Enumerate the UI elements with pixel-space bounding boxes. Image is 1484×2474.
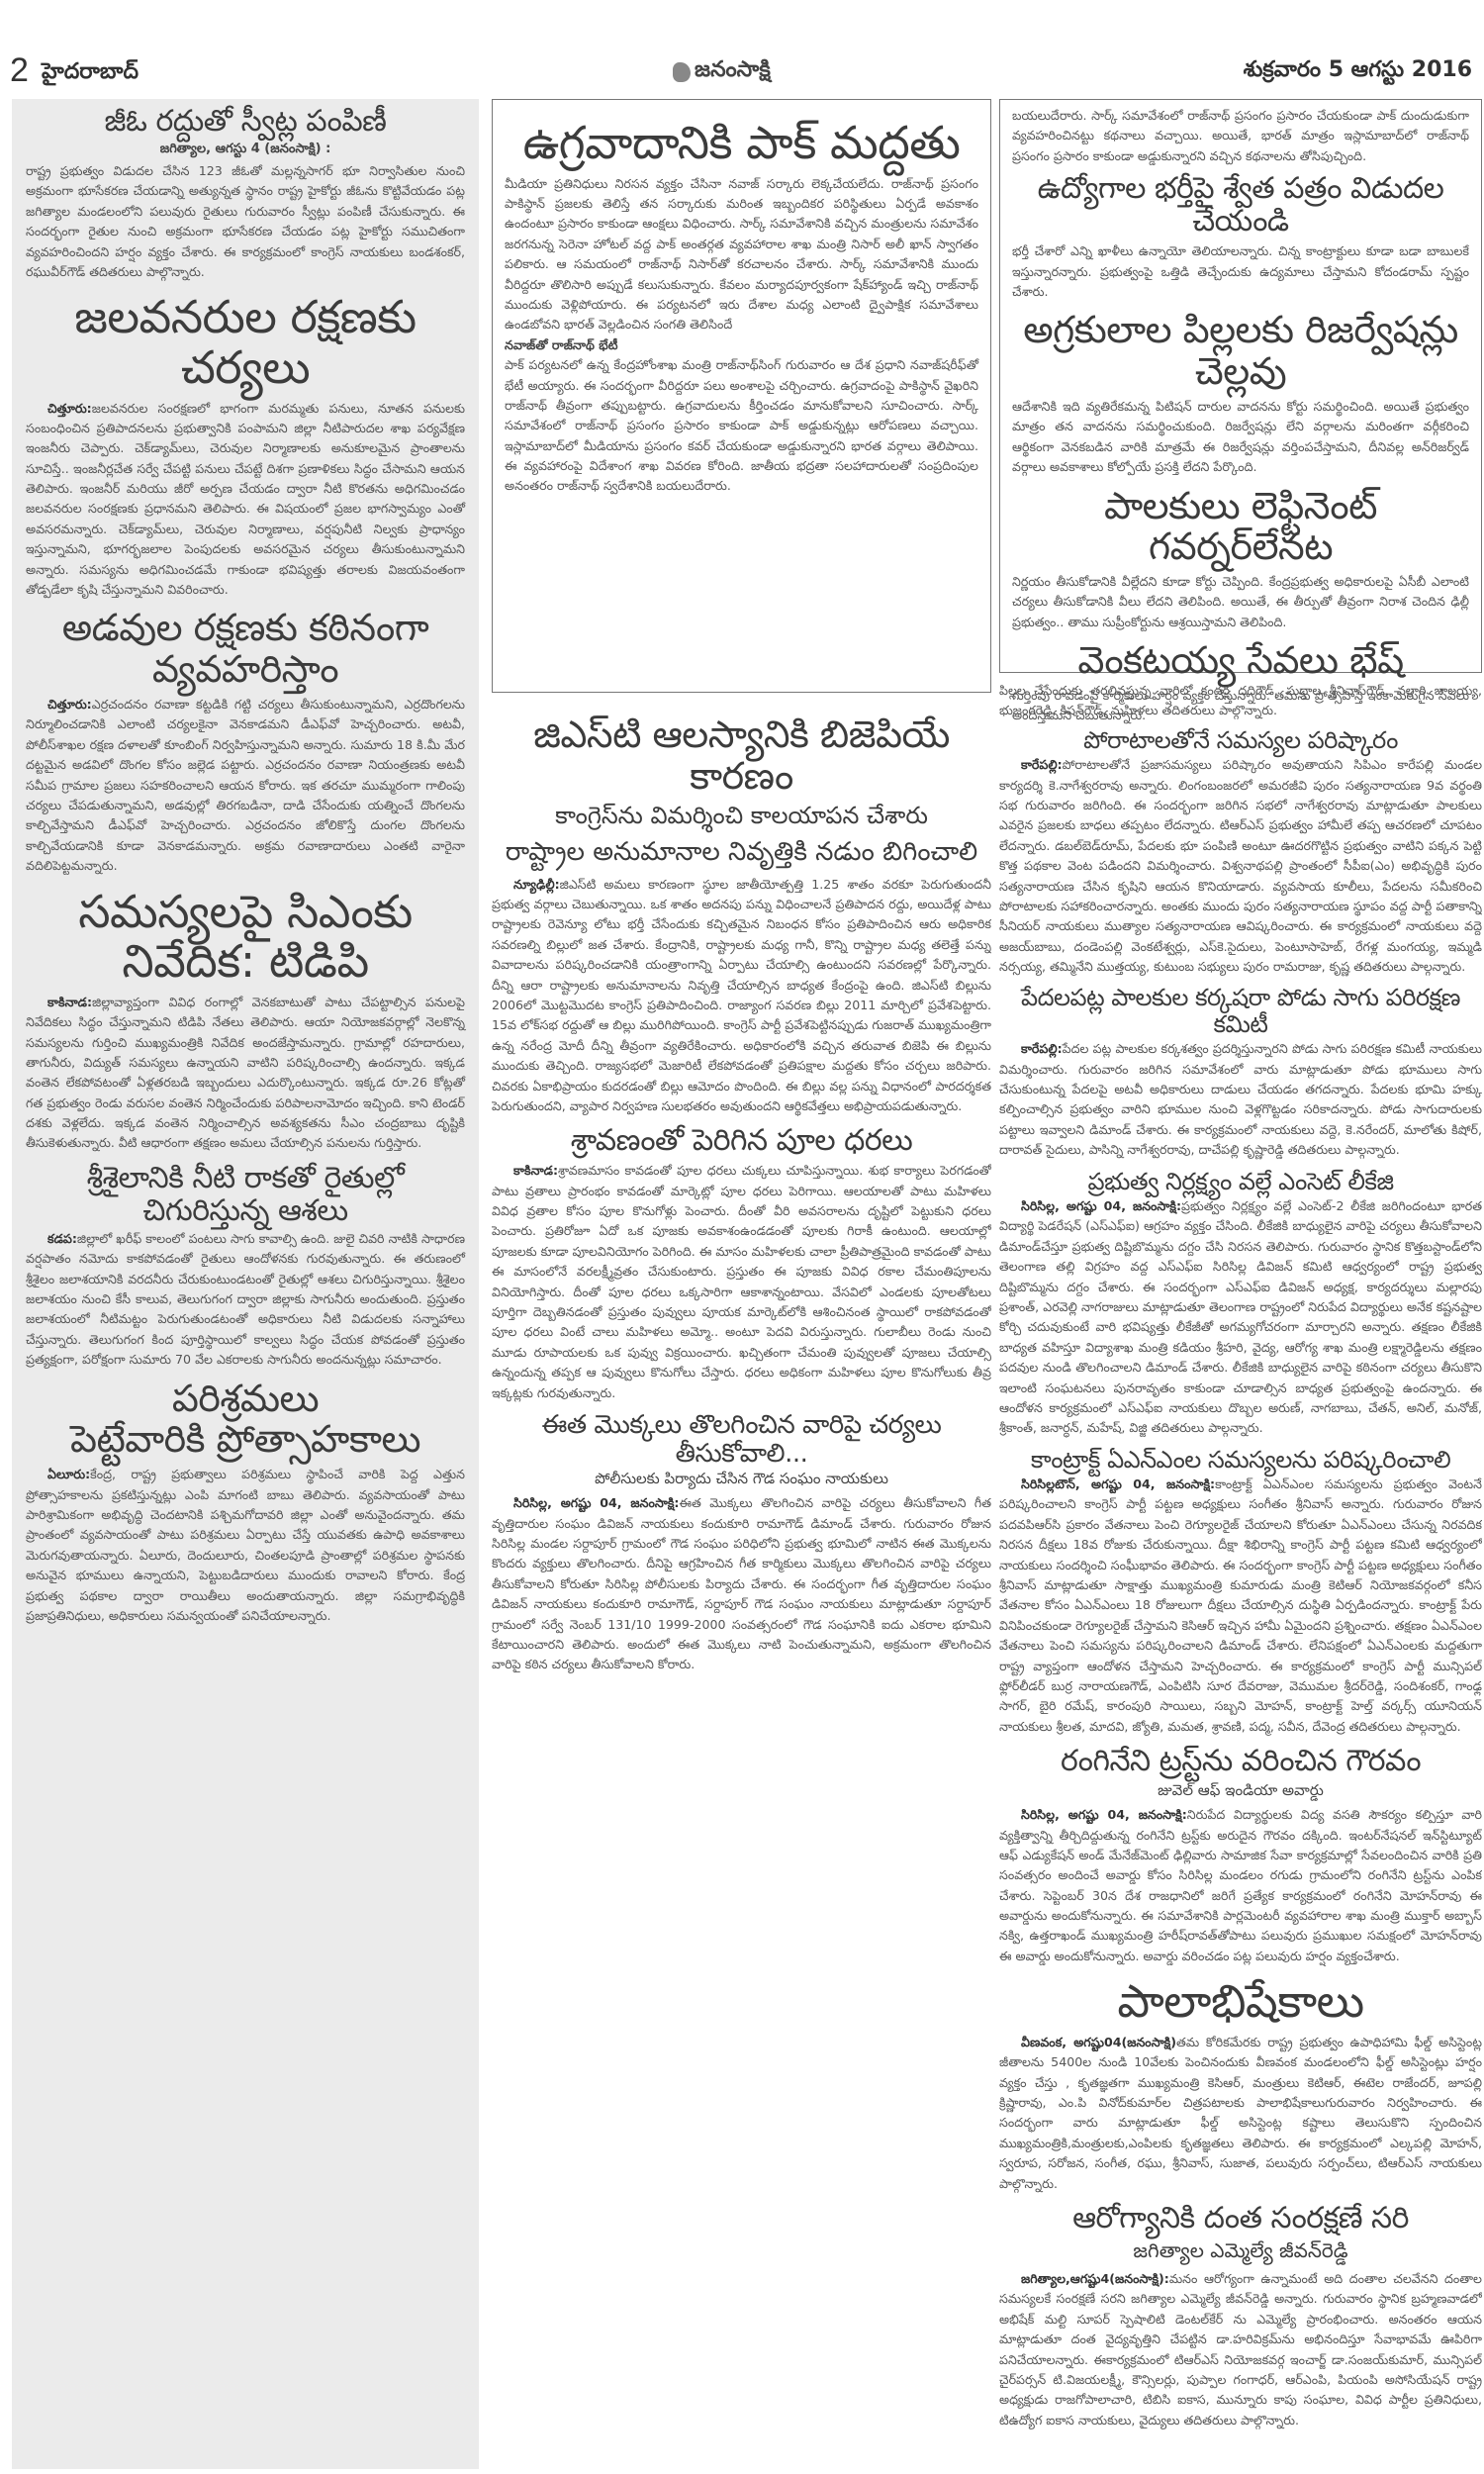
article-headline: ప్రభుత్వ నిర్లక్ష్యం వల్లే ఎంసెట్ లీకేజి (999, 1169, 1482, 1194)
article-subhead: రాష్ట్రాల అనుమానాల నివృత్తికి నడుం బిగిం… (492, 837, 991, 873)
article-subhead: జువెల్ ఆఫ్ ఇండియా అవార్డు (999, 1781, 1482, 1803)
article-headline: జలవనరుల రక్షణకు చర్యలు (26, 292, 465, 392)
brief-headline: ఉద్యోగాల భర్తీపై శ్వేత పత్రం విడుదల చేయం… (1012, 172, 1469, 238)
article-headline: ఉగ్రవాదానికి పాక్ మద్దతు (505, 118, 978, 168)
article-subhead: జగిత్యాల ఎమ్మెల్యే జీవన్‌రెడ్డి (999, 2238, 1482, 2267)
center-column: ఉగ్రవాదానికి పాక్ మద్దతు మీడియా ప్రతినిధ… (492, 99, 991, 2469)
article-body: చిత్తూరు:ఎర్రచందనం రవాణా కట్టడికి గట్టి … (26, 695, 465, 877)
article-water-resources: జలవనరుల రక్షణకు చర్యలు చిత్తూరు:జలవనరుల … (26, 292, 465, 600)
article-headline: అడవుల రక్షణకు కఠినంగా వ్యవహరిస్తాం (26, 608, 465, 691)
brief-body: బయలుదేరారు. సార్క్ సమావేశంలో రాజ్‌నాథ్ ప… (1012, 106, 1469, 166)
article-body: కడప:జిల్లాలో ఖరీఫ్ కాలంలో పంటలు సాగు కావ… (26, 1229, 465, 1371)
article-headline: జీఓ రద్దుతో స్వీట్ల పంపిణీ (26, 105, 465, 138)
article-lead: చిత్తూరు: (47, 401, 92, 416)
article-lead: సిరిసిల్ల, అగష్టు 04, జనంసాక్షి: (1021, 1198, 1181, 1213)
article-subhead: పోలీసులకు పిర్యాదు చేసిన గౌడ సంఘం నాయకుల… (492, 1470, 991, 1491)
article-body: మీడియా ప్రతినిధులు నిరసన వ్యక్తం చేసినా … (505, 174, 978, 335)
article-body-continued: పాక్ పర్యటనలో ఉన్న కేంద్రహోంశాఖ మంత్రి ర… (505, 355, 978, 497)
article-headline: సమస్యలపై సిఎంకు నివేదిక: టిడిపి (26, 887, 465, 987)
article-lead: న్యూఢిల్లీ: (513, 877, 560, 892)
article-lead: సిరిసిల్ల, అగష్టు 04, జనంసాక్షి: (1021, 1807, 1187, 1822)
article-lead: సిరిసిల్ల, అగష్టు 04, జనంసాక్షి: (513, 1495, 679, 1510)
article-body: కారేపల్లి:పేదల పట్ల పాలకుల కర్కశత్వం ప్ర… (999, 1039, 1482, 1160)
article-body: సిరిసిల్ల, అగష్టు 04, జనంసాక్షి:ప్రభుత్వ… (999, 1196, 1482, 1439)
brief-body: ఆదేశానికి ఇది వ్యతిరేకమన్న పిటిషన్ దారుల… (1012, 397, 1469, 478)
article-eamcet-leak: ప్రభుత్వ నిర్లక్ష్యం వల్లే ఎంసెట్ లీకేజి… (999, 1169, 1482, 1439)
article-headline: శ్రీశైలానికి నీటి రాకతో రైతుల్లో చిగురిస… (26, 1162, 465, 1227)
article-headline: పోరాటాలతోనే సమస్యల పరిష్కారం (999, 727, 1482, 753)
article-body: వీణవంక, అగష్టు04(జనంసాక్షి)తమ కోరికమేరకు… (999, 2033, 1482, 2194)
boxed-right-briefs: బయలుదేరారు. సార్క్ సమావేశంలో రాజ్‌నాథ్ ప… (999, 99, 1482, 673)
article-lead: ఏలూరు: (47, 1467, 90, 1481)
masthead: 2 హైదరాబాద్ జనంసాక్షి శుక్రవారం 5 ఆగస్టు… (0, 49, 1484, 93)
article-body: జగిత్యాల,ఆగష్టు4(జనంసాక్షి):మనం ఆరోగ్యంగ… (999, 2269, 1482, 2430)
brief-body: భర్తీ చేశారో ఎన్ని ఖాళీలు ఉన్నాయో తెలియా… (1012, 241, 1469, 302)
article-body: చిత్తూరు:జలవనరుల సంరక్షణలో భాగంగా మరమ్మత… (26, 399, 465, 601)
article-headline: ఈత మొక్కలు తొలగించిన వారిపై చర్యలు తీసుక… (492, 1411, 991, 1468)
article-forest-protection: అడవుల రక్షణకు కఠినంగా వ్యవహరిస్తాం చిత్త… (26, 608, 465, 876)
article-body: న్యూఢిల్లీ:జిఎస్‌టి అమలు కారణంగా స్థూల జ… (492, 875, 991, 1117)
brief-headline: పాలకులు లెఫ్టినెంట్ గవర్నర్‌లేనట (1012, 486, 1469, 569)
left-column: జీఓ రద్దుతో స్వీట్ల పంపిణీ జగిత్యాల, ఆగస… (12, 99, 479, 2469)
article-toddy-saplings: ఈత మొక్కలు తొలగించిన వారిపై చర్యలు తీసుక… (492, 1411, 991, 1675)
article-podu-committee: పేదలపట్ల పాలకుల కర్కషరా పోడు సాగు పరిరక్… (999, 985, 1482, 1160)
article-headline: రంగినేని ట్రస్ట్‌ను వరించిన గౌరవం (999, 1745, 1482, 1777)
article-gst: జిఎస్‌టి ఆలస్యానికి బిజెపియే కారణం కాంగ్… (492, 714, 991, 1116)
article-flower-prices: శ్రావణంతో పెరిగిన పూల ధరలు కాకినాడ:శ్రావ… (492, 1124, 991, 1403)
article-lead: చిత్తూరు: (47, 697, 92, 712)
right-column: బయలుదేరారు. సార్క్ సమావేశంలో రాజ్‌నాథ్ ప… (999, 99, 1482, 2469)
article-tdp-report: సమస్యలపై సిఎంకు నివేదిక: టిడిపి కాకినాడ:… (26, 887, 465, 1154)
newspaper-logo-icon (673, 62, 691, 82)
article-struggles: పోరాటాలతోనే సమస్యల పరిష్కారం కారేపల్లి:ప… (999, 727, 1482, 978)
article-lead: కారేపల్లి: (1021, 757, 1063, 772)
article-headline: కాంట్రాక్ట్ ఏఎన్‌ఎంల సమస్యలను పరిష్కరించ… (999, 1447, 1482, 1473)
brief-headline: వెంకటయ్య సేవలు భేష్ (1012, 640, 1469, 682)
article-rangineni-trust: రంగినేని ట్రస్ట్‌ను వరించిన గౌరవం జువెల్… (999, 1745, 1482, 1966)
article-body: ఏలూరు:కేంద్ర, రాష్ట్ర ప్రభుత్వాలు పరిశ్ర… (26, 1465, 465, 1626)
article-headline: పాలాభిషేకాలు (999, 1976, 1482, 2027)
article-lead: వీణవంక, అగష్టు04(జనంసాక్షి) (1021, 2035, 1176, 2049)
article-lead: సిరిసిల్లటౌన్, అగష్టు 04, జనంసాక్షి: (1021, 1476, 1215, 1491)
article-industries: పరిశ్రమలు పెట్టేవారికి ప్రోత్సాహకాలు ఏలూ… (26, 1379, 465, 1627)
boxed-article-pakistan: ఉగ్రవాదానికి పాక్ మద్దతు మీడియా ప్రతినిధ… (492, 99, 991, 693)
article-headline: ఆరోగ్యానికి దంత సంరక్షణే సరి (999, 2202, 1482, 2235)
brief-body: నిర్ణయం తీసుకోడానికి వీల్లేదని కూడా కోర్… (1012, 572, 1469, 632)
edition-city: హైదరాబాద్ (42, 59, 139, 89)
article-headline: పరిశ్రమలు పెట్టేవారికి ప్రోత్సాహకాలు (26, 1379, 465, 1462)
brief-headline: అగ్రకులాల పిల్లలకు రిజర్వేషన్లు చెల్లవు (1012, 310, 1469, 393)
article-body: సిరిసిల్ల, అగష్టు 04, జనంసాక్షి:ఈత మొక్క… (492, 1493, 991, 1675)
article-sweets: జీఓ రద్దుతో స్వీట్ల పంపిణీ జగిత్యాల, ఆగస… (26, 105, 465, 282)
page-number: 2 (10, 51, 29, 90)
article-body: సిరిసిల్ల, అగష్టు 04, జనంసాక్షి:నిరుపేద … (999, 1805, 1482, 1966)
issue-date: శుక్రవారం 5 ఆగస్టు 2016 (1244, 57, 1472, 87)
newspaper-brand: జనంసాక్షి (673, 57, 771, 87)
article-body: రాష్ట్ర ప్రభుత్వం విడుదల చేసిన 123 జీఓతో… (26, 161, 465, 282)
brand-name: జనంసాక్షి (695, 57, 771, 87)
article-body: సిరిసిల్లటౌన్, అగష్టు 04, జనంసాక్షి:కాంట… (999, 1475, 1482, 1737)
article-lead: కారేపల్లి: (1021, 1041, 1063, 1056)
article-lead: కాకినాడ: (513, 1163, 558, 1178)
article-srisailam: శ్రీశైలానికి నీటి రాకతో రైతుల్లో చిగురిస… (26, 1162, 465, 1371)
article-headline: శ్రావణంతో పెరిగిన పూల ధరలు (492, 1124, 991, 1157)
article-dateline: జగిత్యాల, ఆగస్టు 4 (జనంసాక్షి) : (26, 142, 465, 159)
article-anm-contract: కాంట్రాక్ట్ ఏఎన్‌ఎంల సమస్యలను పరిష్కరించ… (999, 1447, 1482, 1737)
article-subhead: నవాజ్‌తో రాజ్‌నాథ్ భేటీ (505, 335, 978, 355)
article-lead: కడప: (47, 1231, 77, 1246)
article-headline: పేదలపట్ల పాలకుల కర్కషరా పోడు సాగు పరిరక్… (999, 985, 1482, 1037)
article-body: కాకినాడ:శ్రావణమాసం కావడంతో పూల ధరలు చుక్… (492, 1161, 991, 1403)
article-lead: కాకినాడ: (47, 995, 92, 1009)
article-body: కాకినాడ:జిల్లావ్యాప్తంగా వివిధ రంగాల్లో … (26, 993, 465, 1154)
article-lead: జగిత్యాల,ఆగష్టు4(జనంసాక్షి): (1021, 2271, 1169, 2286)
article-dental-care: ఆరోగ్యానికి దంత సంరక్షణే సరి జగిత్యాల ఎమ… (999, 2202, 1482, 2430)
article-body: కారేపల్లి:పోరాటాలతోనే ప్రజాసమస్యలు పరిష్… (999, 755, 1482, 977)
article-milk-abhishekam: పాలాభిషేకాలు వీణవంక, అగష్టు04(జనంసాక్షి)… (999, 1976, 1482, 2194)
article-subhead: కాంగ్రెస్‌ను విమర్శించి కాలయాపన చేశారు (492, 802, 991, 835)
article-headline: జిఎస్‌టి ఆలస్యానికి బిజెపియే కారణం (492, 714, 991, 798)
